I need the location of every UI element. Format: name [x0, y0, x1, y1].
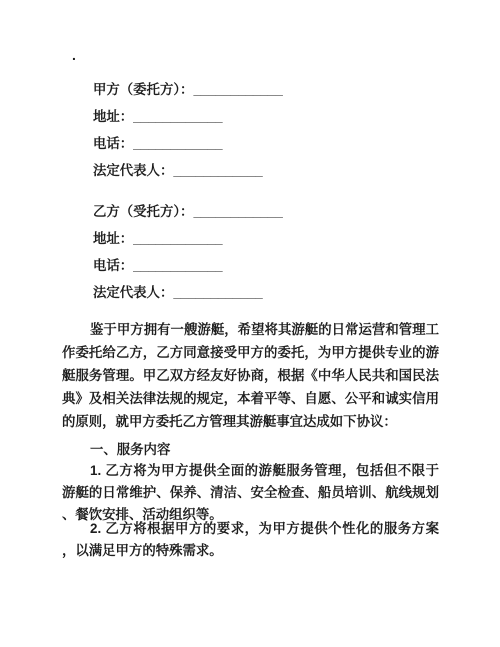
section-1-heading: 一、服务内容 — [62, 438, 439, 461]
party-a-phone-label: 电话： — [93, 136, 133, 151]
party-a-address-label: 地址： — [93, 109, 133, 124]
party-b-address-blank: ____________ — [133, 231, 222, 246]
party-b-legal-rep-line: 法定代表人：____________ — [93, 279, 443, 306]
party-a-legal-rep-blank: ____________ — [173, 163, 262, 178]
section-1-item-1: 1. 乙方将为甲方提供全面的游艇服务管理，包括但不限于游艇的日常维护、保养、清洁… — [62, 460, 439, 526]
party-b-phone-blank: ____________ — [133, 258, 222, 273]
party-a-legal-rep-line: 法定代表人：____________ — [93, 157, 443, 184]
party-b-phone-line: 电话：____________ — [93, 252, 443, 279]
party-b-phone-label: 电话： — [93, 258, 133, 273]
party-b-address-label: 地址： — [93, 231, 133, 246]
party-a-address-line: 地址：____________ — [93, 103, 443, 130]
party-a-block: 甲方（委托方）：____________ 地址：____________ 电话：… — [93, 76, 443, 184]
party-b-name-line: 乙方（受托方）：____________ — [93, 198, 443, 225]
party-a-address-blank: ____________ — [133, 109, 222, 124]
party-a-legal-rep-label: 法定代表人： — [93, 163, 173, 178]
party-b-name-label: 乙方（受托方）： — [93, 204, 193, 219]
preamble-paragraph: 鉴于甲方拥有一艘游艇，希望将其游艇的日常运营和管理工作委托给乙方，乙方同意接受甲… — [62, 318, 439, 433]
contract-document-page: . 甲方（委托方）：____________ 地址：____________ 电… — [0, 0, 500, 647]
party-b-legal-rep-label: 法定代表人： — [93, 285, 173, 300]
section-1-item-2: 2. 乙方将根据甲方的要求，为甲方提供个性化的服务方案，以满足甲方的特殊需求。 — [62, 518, 439, 562]
party-a-name-line: 甲方（委托方）：____________ — [93, 76, 443, 103]
party-b-name-blank: ____________ — [193, 204, 282, 219]
stray-period-mark: . — [72, 48, 76, 62]
party-b-legal-rep-blank: ____________ — [173, 285, 262, 300]
party-b-block: 乙方（受托方）：____________ 地址：____________ 电话：… — [93, 198, 443, 306]
party-a-name-blank: ____________ — [193, 82, 282, 97]
party-a-phone-blank: ____________ — [133, 136, 222, 151]
party-a-phone-line: 电话：____________ — [93, 130, 443, 157]
party-b-address-line: 地址：____________ — [93, 225, 443, 252]
party-a-name-label: 甲方（委托方）： — [93, 82, 193, 97]
